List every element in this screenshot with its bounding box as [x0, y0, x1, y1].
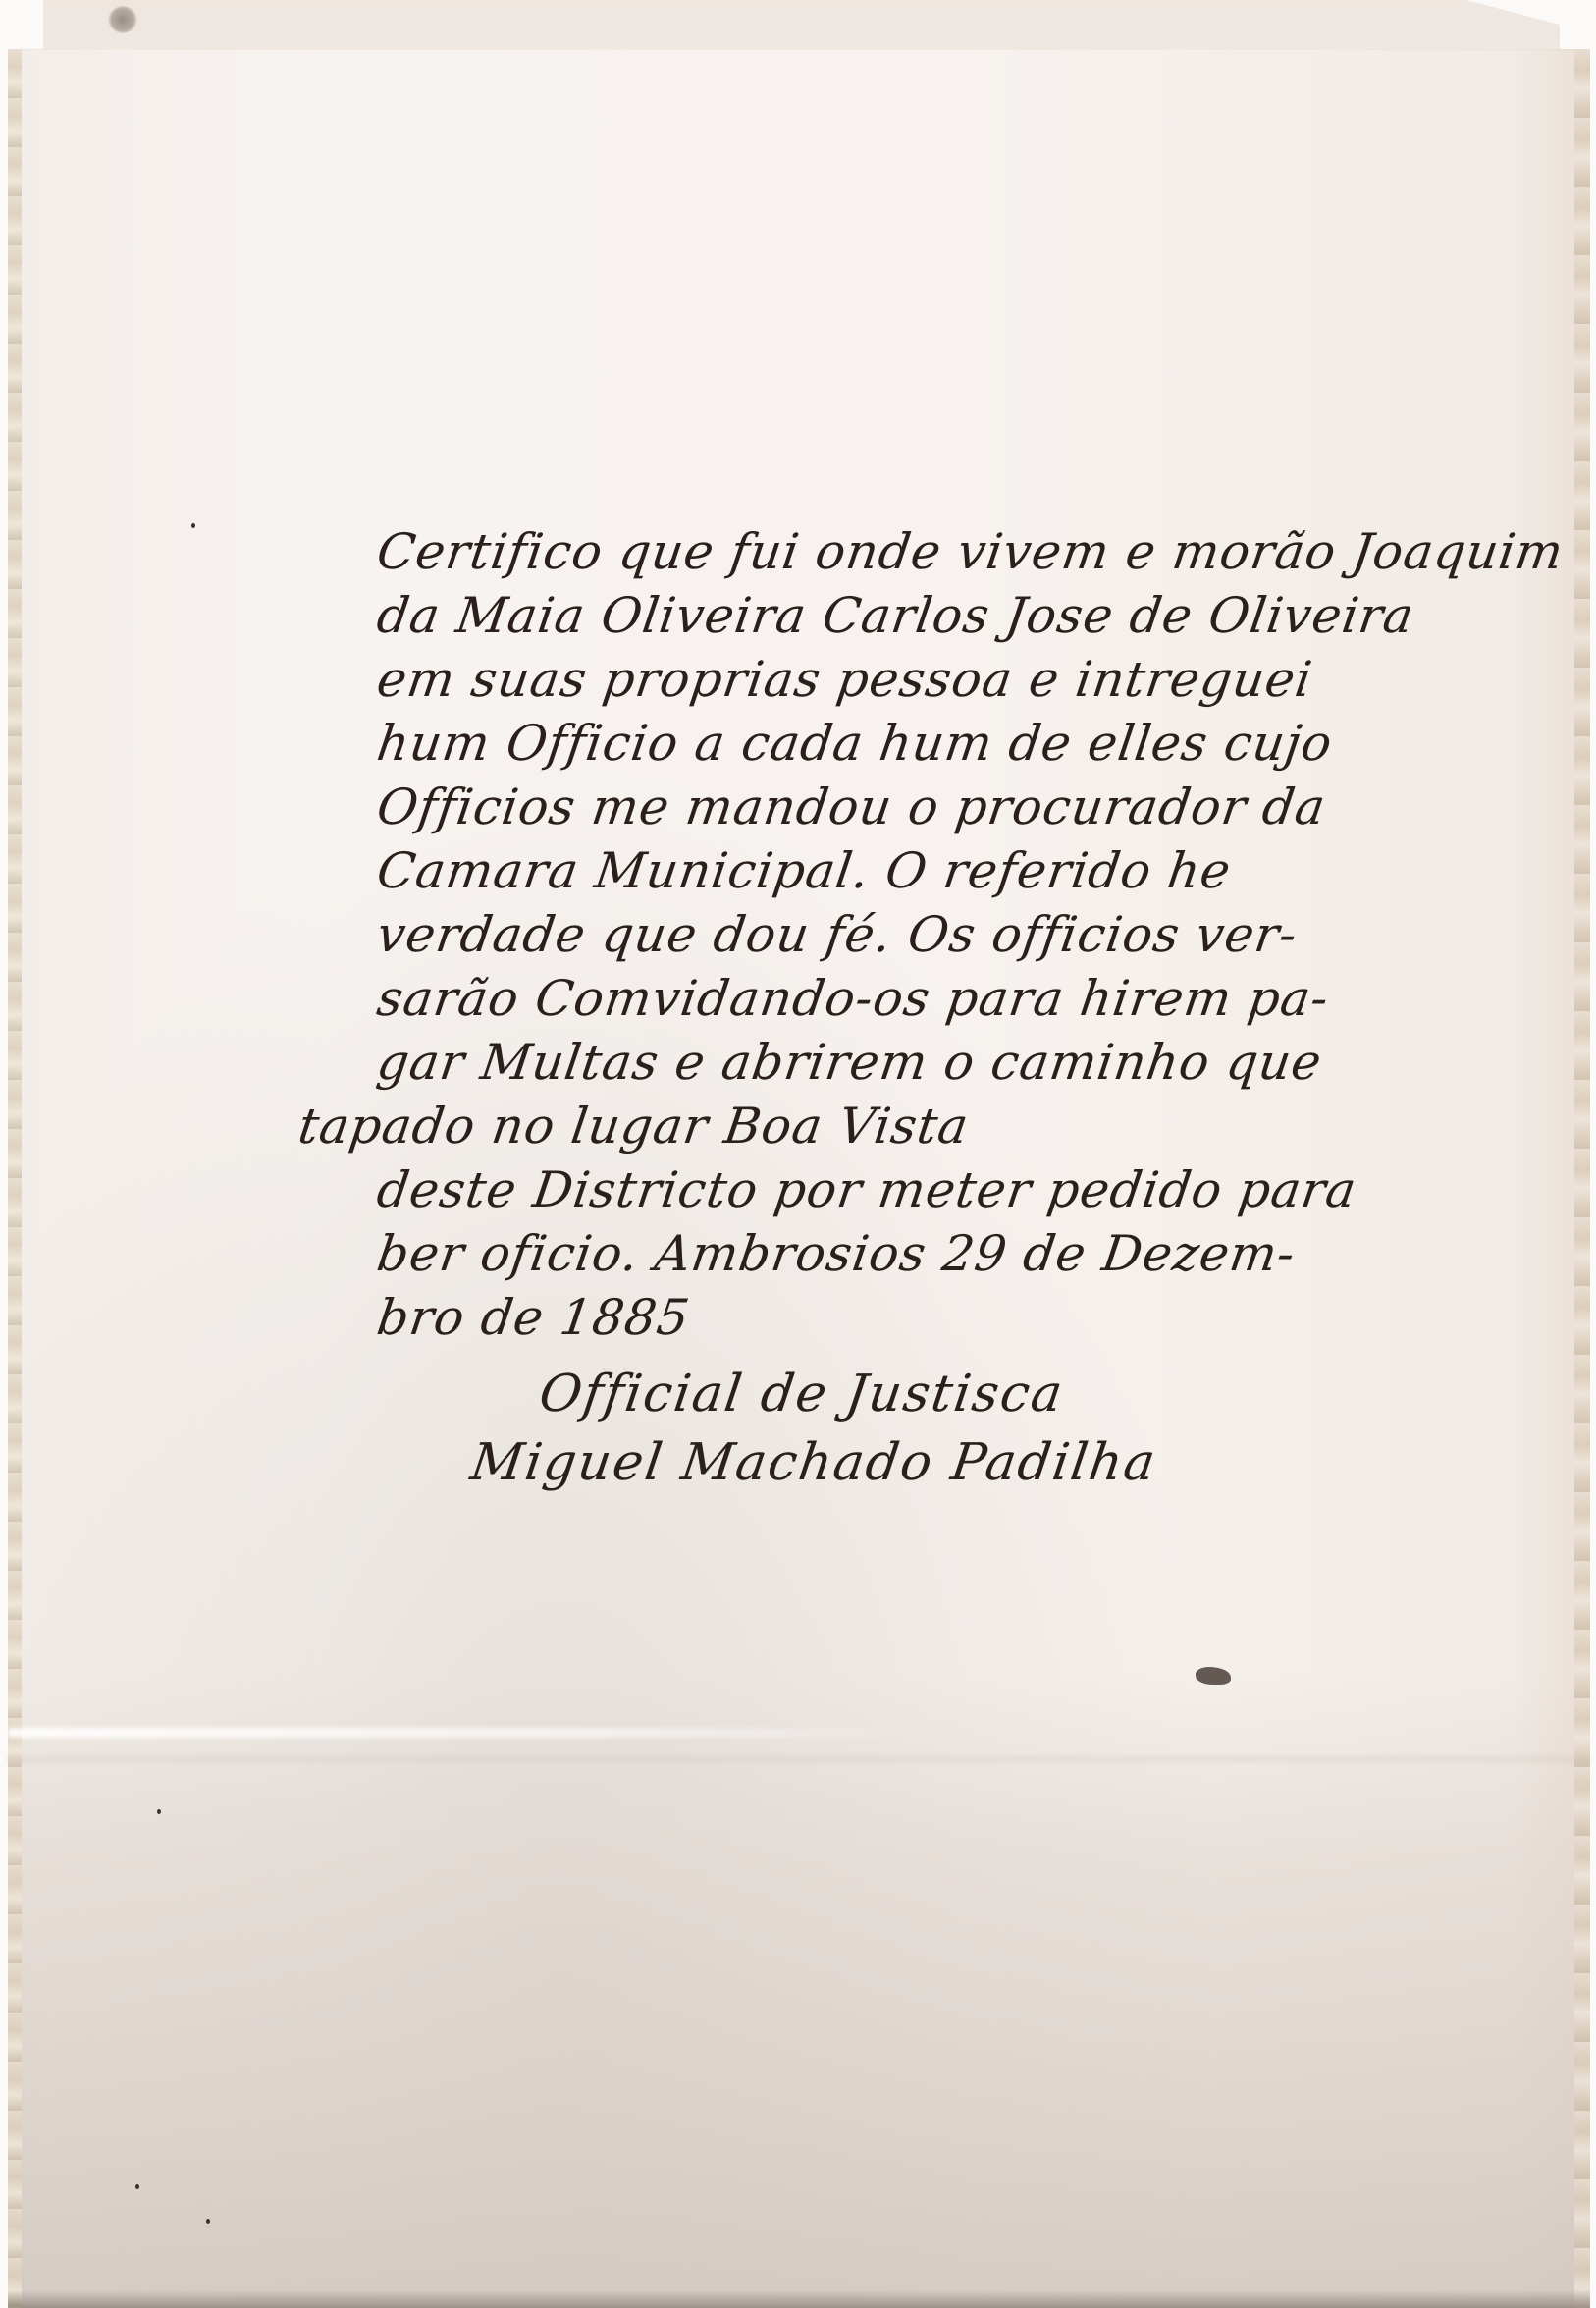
body-line: Camara Municipal. O referido he	[373, 839, 1596, 903]
body-line: da Maia Oliveira Carlos Jose de Oliveira	[373, 584, 1596, 648]
body-line: gar Multas e abrirem o caminho que	[373, 1031, 1596, 1095]
body-line: tapado no lugar Boa Vista	[294, 1095, 1596, 1158]
signatory-name: Miguel Machado Padilha	[466, 1428, 1161, 1497]
fold-crease-shadow	[8, 1757, 1590, 1761]
ink-speck	[135, 2184, 139, 2189]
body-line: verdade que dou fé. Os officios ver-	[373, 903, 1596, 967]
ink-speck	[191, 523, 195, 528]
body-line: hum Officio a cada hum de elles cujo	[373, 712, 1596, 776]
signatory-title: Official de Justisca	[535, 1360, 1161, 1428]
signature-block: Official de Justisca Miguel Machado Padi…	[540, 1360, 1156, 1497]
fold-crease	[8, 1728, 957, 1738]
date-line: bro de 1885	[373, 1286, 1596, 1350]
ink-speck	[206, 2219, 210, 2224]
page-bottom-shadow	[8, 2290, 1590, 2308]
certification-body: Certifico que fui onde vivem e morão Joa…	[373, 520, 1590, 1350]
body-line: em suas proprias pessoa e intreguei	[373, 648, 1596, 712]
torn-left-edge	[8, 49, 22, 2308]
ink-blot	[1196, 1667, 1231, 1685]
document-scan: Certifico que fui onde vivem e morão Joa…	[0, 0, 1596, 2308]
body-line: ber oficio. Ambrosios 29 de Dezem-	[373, 1222, 1596, 1286]
body-line: sarão Comvidando-os para hirem pa-	[373, 967, 1596, 1031]
punch-hole	[108, 6, 137, 33]
body-line: deste Districto por meter pedido para	[373, 1158, 1596, 1222]
body-line: Certifico que fui onde vivem e morão Joa…	[373, 520, 1596, 584]
ink-speck	[157, 1809, 161, 1814]
body-line: Officios me mandou o procurador da	[373, 776, 1596, 839]
